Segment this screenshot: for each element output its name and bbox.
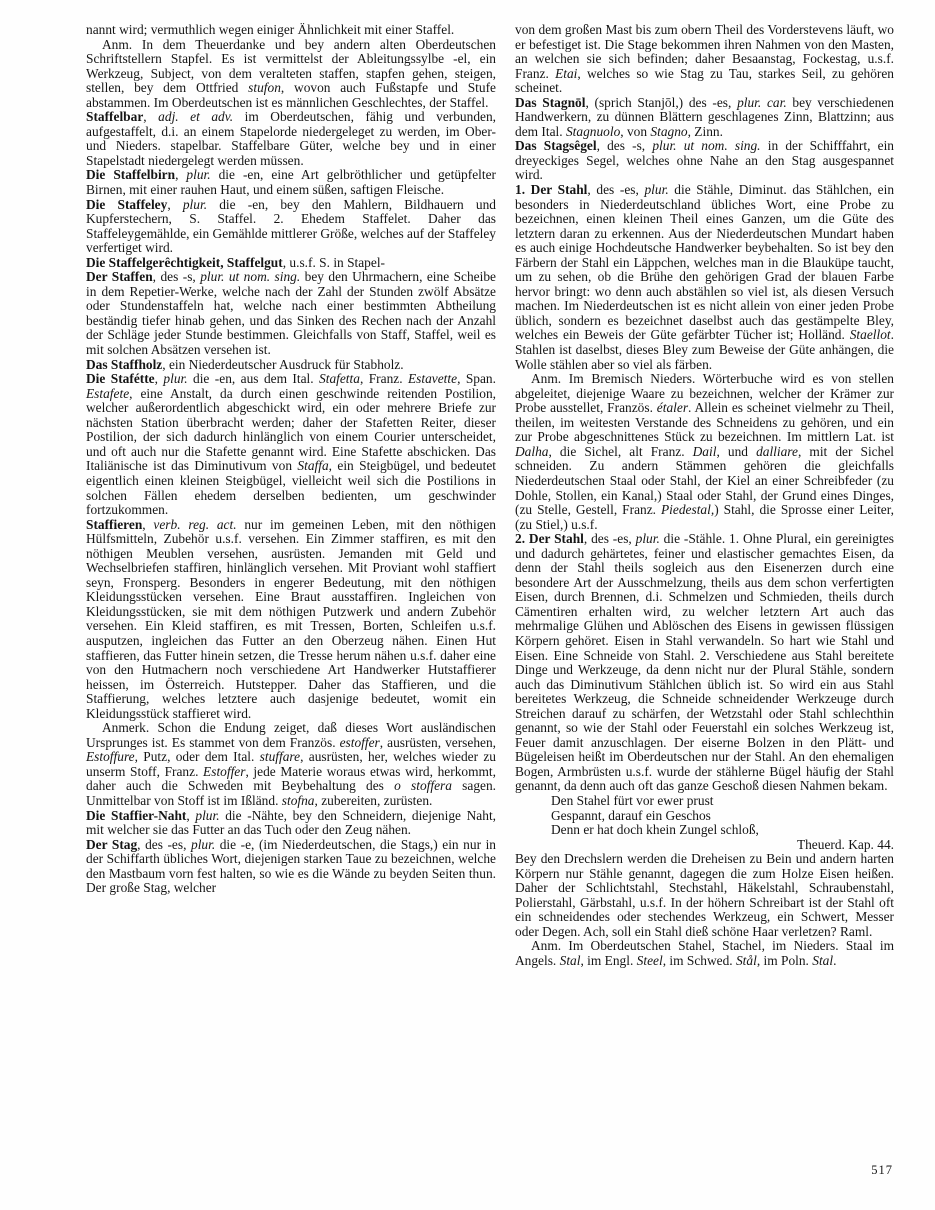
continuation-paragraph: Bey den Drechslern werden die Dreheisen … [515,852,894,939]
text-run: , [167,197,183,212]
text-run: , des -s, [153,269,201,284]
entry-staffelbirn: Die Staffelbirn, plur. die -en, eine Art… [86,168,496,197]
text-run: , im Poln. [757,953,812,968]
headword: Das Stagnōl [515,95,585,110]
verse-line: Den Stahel fürt vor ewer prust [551,794,894,809]
italic-term: étaler [657,400,688,415]
italic-term: Estoffure [86,749,135,764]
text-run: , u.s.f. S. in Stapel- [283,255,385,270]
headword: Der Stag [86,837,137,852]
italic-term: stofna [282,793,315,808]
text-run: Bey den Drechslern werden die Dreheisen … [515,851,894,939]
italic-term: plur. [186,167,210,182]
entry-stagnol: Das Stagnōl, (sprich Stanjōl,) des -es, … [515,96,894,140]
verse-line: Gespannt, darauf ein Geschos [551,809,894,824]
italic-term: Stal [812,953,833,968]
entry-stagsegel: Das Stagsêgel, des -s, plur. ut nom. sin… [515,139,894,183]
text-run: die Stähle, Diminut. das Stählchen, ein … [515,182,894,342]
verse-attribution: Theuerd. Kap. 44. [515,838,894,853]
italic-term: estoffer [340,735,380,750]
headword: Die Staffier-Naht [86,808,186,823]
italic-term: Stagno [650,124,687,139]
text-run: , Franz. [360,371,408,386]
headword: Die Staffelgerêchtigkeit, Staffelgut [86,255,283,270]
italic-term: plur. [644,182,668,197]
headword: Der Staffen [86,269,153,284]
text-columns: nannt wird; vermuthlich wegen einiger Äh… [86,23,894,969]
text-run: , [143,109,158,124]
italic-term: Estoffer [203,764,245,779]
anm-note-stahl-2: Anm. Im Oberdeutschen Stahel, Stachel, i… [515,939,894,968]
right-column: von dem großen Mast bis zum obern Theil … [515,23,894,969]
text-run: , Span. [457,371,496,386]
page-number: 517 [871,1163,893,1178]
entry-stag: Der Stag, des -es, plur. die -e, (im Nie… [86,838,496,896]
headword: Das Stagsêgel [515,138,597,153]
text-run: die -en, aus dem Ital. [188,371,319,386]
italic-term: verb. reg. act. [153,517,236,532]
headword: Die Stafétte [86,371,155,386]
italic-term: plur. [191,837,215,852]
text-run: Theuerd. Kap. 44. [797,837,894,852]
entry-staffen: Der Staffen, des -s, plur. ut nom. sing.… [86,270,496,357]
entry-staffier-naht: Die Staffier-Naht, plur. die -Nähte, bey… [86,809,496,838]
italic-term: plur. ut nom. sing. [200,269,300,284]
entry-staffholz: Das Staffholz, ein Niederdeutscher Ausdr… [86,358,496,373]
verse-line: Denn er hat doch khein Zungel schloß, [551,823,894,838]
text-run: , Zinn. [688,124,723,139]
italic-term: Stafetta [319,371,360,386]
italic-term: Steel [637,953,663,968]
entry-staffelbar: Staffelbar, adj. et adv. im Oberdeutsche… [86,110,496,168]
anm-note-staffel: Anm. In dem Theuerdanke und bey andern a… [86,38,496,111]
text-run: , und [716,444,756,459]
italic-term: Etai [555,66,577,81]
italic-term: plur. [163,371,187,386]
entry-staffieren: Staffieren, verb. reg. act. nur im gemei… [86,518,496,722]
italic-term: Stagnuolo [566,124,620,139]
entry-staffelgerechtigkeit: Die Staffelgerêchtigkeit, Staffelgut, u.… [86,256,496,271]
italic-term: stuffare [260,749,300,764]
headword: Staffelbar [86,109,143,124]
text-run: nannt wird; vermuthlich wegen einiger Äh… [86,22,454,37]
italic-term: Stal [560,953,581,968]
headword: Die Staffelbirn [86,167,175,182]
text-run: , [142,517,153,532]
text-run: Denn er hat doch khein Zungel schloß, [551,822,759,837]
italic-term: Estafete [86,386,129,401]
text-run: , von [620,124,650,139]
italic-term: stufon [248,80,281,95]
text-run: . [833,953,836,968]
text-run: , zubereiten, zurüsten. [315,793,433,808]
text-run: , im Engl. [580,953,636,968]
italic-term: plur. car. [737,95,787,110]
text-run: , im Schwed. [663,953,736,968]
headword: 2. Der Stahl [515,531,584,546]
text-run: , ein Niederdeutscher Ausdruck für Stabh… [162,357,403,372]
text-run: , [175,167,186,182]
text-run: , des -es, [587,182,644,197]
entry-staffeley: Die Staffeley, plur. die -en, bey den Ma… [86,198,496,256]
italic-term: dalliare [756,444,798,459]
headword: 1. Der Stahl [515,182,587,197]
text-run: , ausrüsten, versehen, [380,735,496,750]
italic-term: plur. ut nom. sing. [652,138,760,153]
italic-term: plur. [636,531,660,546]
italic-term: adj. et adv. [158,109,233,124]
italic-term: Staffa [297,458,328,473]
italic-term: Stål [736,953,757,968]
italic-term: Staellot [850,327,891,342]
text-run: , des -es, [137,837,191,852]
continuation-paragraph: von dem großen Mast bis zum obern Theil … [515,23,894,96]
italic-term: plur. [195,808,219,823]
text-run: , des -s, [597,138,653,153]
headword: Staffieren [86,517,142,532]
text-run: die -Stähle. 1. Ohne Plural, ein gereini… [515,531,894,793]
entry-stahl-1: 1. Der Stahl, des -es, plur. die Stähle,… [515,183,894,372]
text-run: , (sprich Stanjōl,) des -es, [585,95,737,110]
italic-term: plur. [183,197,207,212]
anm-note-staffieren: Anmerk. Schon die Endung zeiget, daß die… [86,721,496,808]
headword: Das Staffholz [86,357,162,372]
italic-term: Estavette [408,371,457,386]
italic-term: Piedestal, [661,502,714,517]
dictionary-page: nannt wird; vermuthlich wegen einiger Äh… [0,0,935,1210]
anm-note-stahl-1: Anm. Im Bremisch Nieders. Wörterbuche wi… [515,372,894,532]
italic-term: Dalha [515,444,548,459]
headword: Die Staffeley [86,197,167,212]
text-run: , des -es, [584,531,636,546]
entry-stahl-2: 2. Der Stahl, des -es, plur. die -Stähle… [515,532,894,794]
text-run: Den Stahel fürt vor ewer prust [551,793,714,808]
entry-stafette: Die Stafétte, plur. die -en, aus dem Ita… [86,372,496,517]
continuation-paragraph: nannt wird; vermuthlich wegen einiger Äh… [86,23,496,38]
left-column: nannt wird; vermuthlich wegen einiger Äh… [86,23,496,969]
text-run: , Putz, oder dem Ital. [135,749,260,764]
text-run: , die Sichel, alt Franz. [548,444,692,459]
italic-term: Dail [693,444,717,459]
text-run: nur im gemeinen Leben, mit den nöthigen … [86,517,496,721]
text-run: Gespannt, darauf ein Geschos [551,808,711,823]
italic-term: o stoffera [394,778,452,793]
